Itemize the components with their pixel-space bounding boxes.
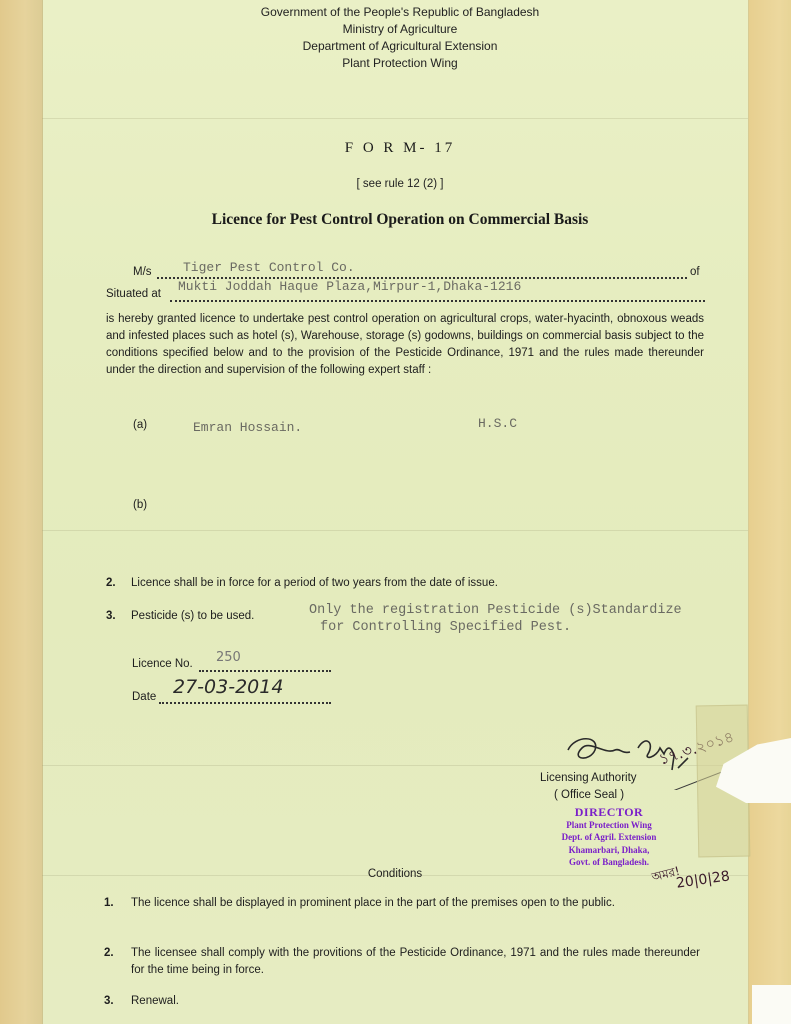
of-label: of	[690, 266, 700, 278]
condition-text: The licensee shall comply with the provi…	[131, 945, 700, 979]
condition-item: 2. The licensee shall comply with the pr…	[104, 945, 700, 979]
left-paper-edge	[0, 0, 43, 1024]
situated-value: Mukti Joddah Haque Plaza,Mirpur-1,Dhaka-…	[178, 279, 521, 294]
date-value: 27-03-2014	[173, 676, 283, 698]
header-ministry: Ministry of Agriculture	[200, 22, 600, 36]
rule-reference: [ see rule 12 (2) ]	[250, 178, 550, 190]
condition-text: Renewal.	[131, 993, 700, 1010]
licensing-authority-label: Licensing Authority	[540, 772, 637, 784]
licence-number-label: Licence No.	[132, 658, 193, 670]
grant-paragraph: is hereby granted licence to undertake p…	[106, 311, 704, 379]
stamp-line: Dept. of Agril. Extension	[542, 831, 676, 844]
stamp-line: Govt. of Bangladesh.	[542, 856, 676, 869]
header-department: Department of Agricultural Extension	[200, 39, 600, 53]
form-number: F O R M- 17	[250, 140, 550, 157]
clause-3-text: Pesticide (s) to be used.	[131, 610, 254, 622]
condition-item: 1. The licence shall be displayed in pro…	[104, 895, 700, 912]
condition-text: The licence shall be displayed in promin…	[131, 895, 700, 912]
condition-number: 3.	[104, 993, 114, 1010]
condition-number: 2.	[104, 945, 114, 962]
fold-crease	[42, 118, 748, 119]
right-paper-edge	[748, 0, 791, 1024]
header-government: Government of the People's Republic of B…	[200, 5, 600, 19]
licence-title: Licence for Pest Control Operation on Co…	[150, 211, 650, 229]
fold-crease	[42, 530, 748, 531]
ms-label: M/s	[133, 266, 152, 278]
stamp-line: Plant Protection Wing	[542, 819, 676, 832]
conditions-title: Conditions	[330, 868, 460, 880]
stamp-line: DIRECTOR	[542, 806, 676, 819]
office-seal-label: ( Office Seal )	[554, 789, 624, 801]
situated-label: Situated at	[106, 288, 161, 300]
staff-a-qualification: H.S.C	[478, 416, 517, 431]
ms-value: Tiger Pest Control Co.	[183, 260, 355, 275]
clause-2-number: 2.	[106, 577, 116, 589]
condition-number: 1.	[104, 895, 114, 912]
received-note-line2: 20|0|28	[675, 868, 731, 891]
staff-a-name: Emran Hossain.	[193, 420, 302, 435]
clause-3-number: 3.	[106, 610, 116, 622]
clause-2-text: Licence shall be in force for a period o…	[131, 577, 498, 589]
director-stamp: DIRECTOR Plant Protection Wing Dept. of …	[542, 806, 676, 869]
staff-a-marker: (a)	[133, 419, 147, 431]
date-label: Date	[132, 691, 156, 703]
pesticide-value-line2: for Controlling Specified Pest.	[320, 620, 571, 635]
condition-item: 3. Renewal.	[104, 993, 700, 1010]
pesticide-value-line1: Only the registration Pesticide (s)Stand…	[309, 603, 682, 618]
document-page: Government of the People's Republic of B…	[0, 0, 791, 1024]
torn-corner	[752, 985, 791, 1024]
licence-number-value: 250	[216, 650, 241, 665]
header-wing: Plant Protection Wing	[200, 56, 600, 70]
stamp-line: Khamarbari, Dhaka,	[542, 844, 676, 857]
staff-b-marker: (b)	[133, 499, 147, 511]
